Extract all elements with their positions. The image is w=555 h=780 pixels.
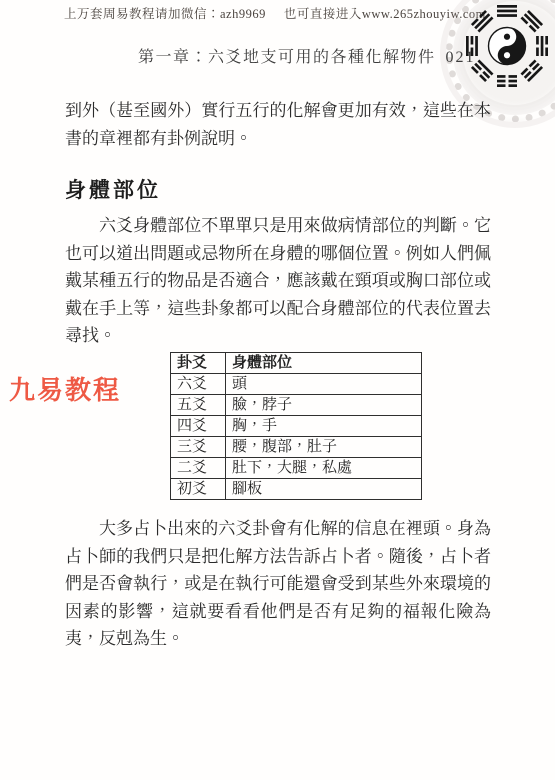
text-line: 也可以道出問題或忌物所在身體的哪個位置。例如人們佩 bbox=[65, 240, 491, 268]
watermark-text: 九易教程 bbox=[9, 370, 121, 407]
chapter-title: 第一章：六爻地支可用的各種化解物件021 bbox=[138, 44, 476, 67]
table-row: 三爻 腰，腹部，肚子 bbox=[171, 437, 422, 458]
chapter-title-text: 第一章：六爻地支可用的各種化解物件 bbox=[138, 49, 436, 66]
page-number: 021 bbox=[446, 49, 476, 66]
paragraph-intro: 到外（甚至國外）實行五行的化解會更加有效，這些在本 書的章裡都有卦例說明。 bbox=[65, 97, 491, 152]
book-page: 上万套周易教程请加微信：azh9969也可直接进入www.265zhouyiw.… bbox=[0, 0, 555, 780]
text-line: 到外（甚至國外）實行五行的化解會更加有效，這些在本 bbox=[65, 97, 491, 125]
table-header-part: 身體部位 bbox=[226, 353, 422, 374]
paragraph-closing: 大多占卜出來的六爻卦會有化解的信息在裡頭。身為 占卜師的我們只是把化解方法告訴占… bbox=[65, 515, 491, 653]
part-cell: 臉，脖子 bbox=[226, 395, 422, 416]
text-line: 六爻身體部位不單單只是用來做病情部位的判斷。它 bbox=[65, 212, 491, 240]
text-line: 們是否會執行，或是在執行可能還會受到某些外來環境的 bbox=[65, 570, 491, 598]
text-line: 大多占卜出來的六爻卦會有化解的信息在裡頭。身為 bbox=[65, 515, 491, 543]
table-row: 五爻 臉，脖子 bbox=[171, 395, 422, 416]
text-line: 尋找。 bbox=[65, 322, 491, 350]
text-line: 因素的影響，這就要看看他們是否有足夠的福報化險為 bbox=[65, 598, 491, 626]
text-line: 夷，反剋為生。 bbox=[65, 625, 491, 653]
yao-cell: 初爻 bbox=[171, 479, 226, 500]
part-cell: 頭 bbox=[226, 374, 422, 395]
part-cell: 腳板 bbox=[226, 479, 422, 500]
yao-cell: 三爻 bbox=[171, 437, 226, 458]
yao-cell: 二爻 bbox=[171, 458, 226, 479]
part-cell: 腰，腹部，肚子 bbox=[226, 437, 422, 458]
table-row: 二爻 肚下，大腿，私處 bbox=[171, 458, 422, 479]
text-line: 書的章裡都有卦例說明。 bbox=[65, 125, 491, 153]
text-line: 戴在手上等，這些卦象都可以配合身體部位的代表位置去 bbox=[65, 295, 491, 323]
table-header-row: 卦爻 身體部位 bbox=[171, 353, 422, 374]
promo-header: 上万套周易教程请加微信：azh9969也可直接进入www.265zhouyiw.… bbox=[64, 4, 486, 22]
part-cell: 胸，手 bbox=[226, 416, 422, 437]
text-line: 占卜師的我們只是把化解方法告訴占卜者。隨後，占卜者 bbox=[65, 543, 491, 571]
yao-cell: 六爻 bbox=[171, 374, 226, 395]
text-line: 戴某種五行的物品是否適合，應該戴在頸項或胸口部位或 bbox=[65, 267, 491, 295]
table-row: 四爻 胸，手 bbox=[171, 416, 422, 437]
part-cell: 肚下，大腿，私處 bbox=[226, 458, 422, 479]
table-row: 六爻 頭 bbox=[171, 374, 422, 395]
paragraph-body-parts: 六爻身體部位不單單只是用來做病情部位的判斷。它 也可以道出問題或忌物所在身體的哪… bbox=[65, 212, 491, 350]
body-parts-table: 卦爻 身體部位 六爻 頭 五爻 臉，脖子 四爻 胸，手 三爻 腰，腹部，肚子 二… bbox=[170, 352, 422, 500]
promo-wechat-text: 上万套周易教程请加微信：azh9969 bbox=[64, 7, 266, 21]
yao-cell: 四爻 bbox=[171, 416, 226, 437]
table-header-yao: 卦爻 bbox=[171, 353, 226, 374]
section-heading: 身體部位 bbox=[65, 174, 161, 204]
table-row: 初爻 腳板 bbox=[171, 479, 422, 500]
yao-cell: 五爻 bbox=[171, 395, 226, 416]
bagua-yinyang-icon bbox=[464, 3, 550, 89]
